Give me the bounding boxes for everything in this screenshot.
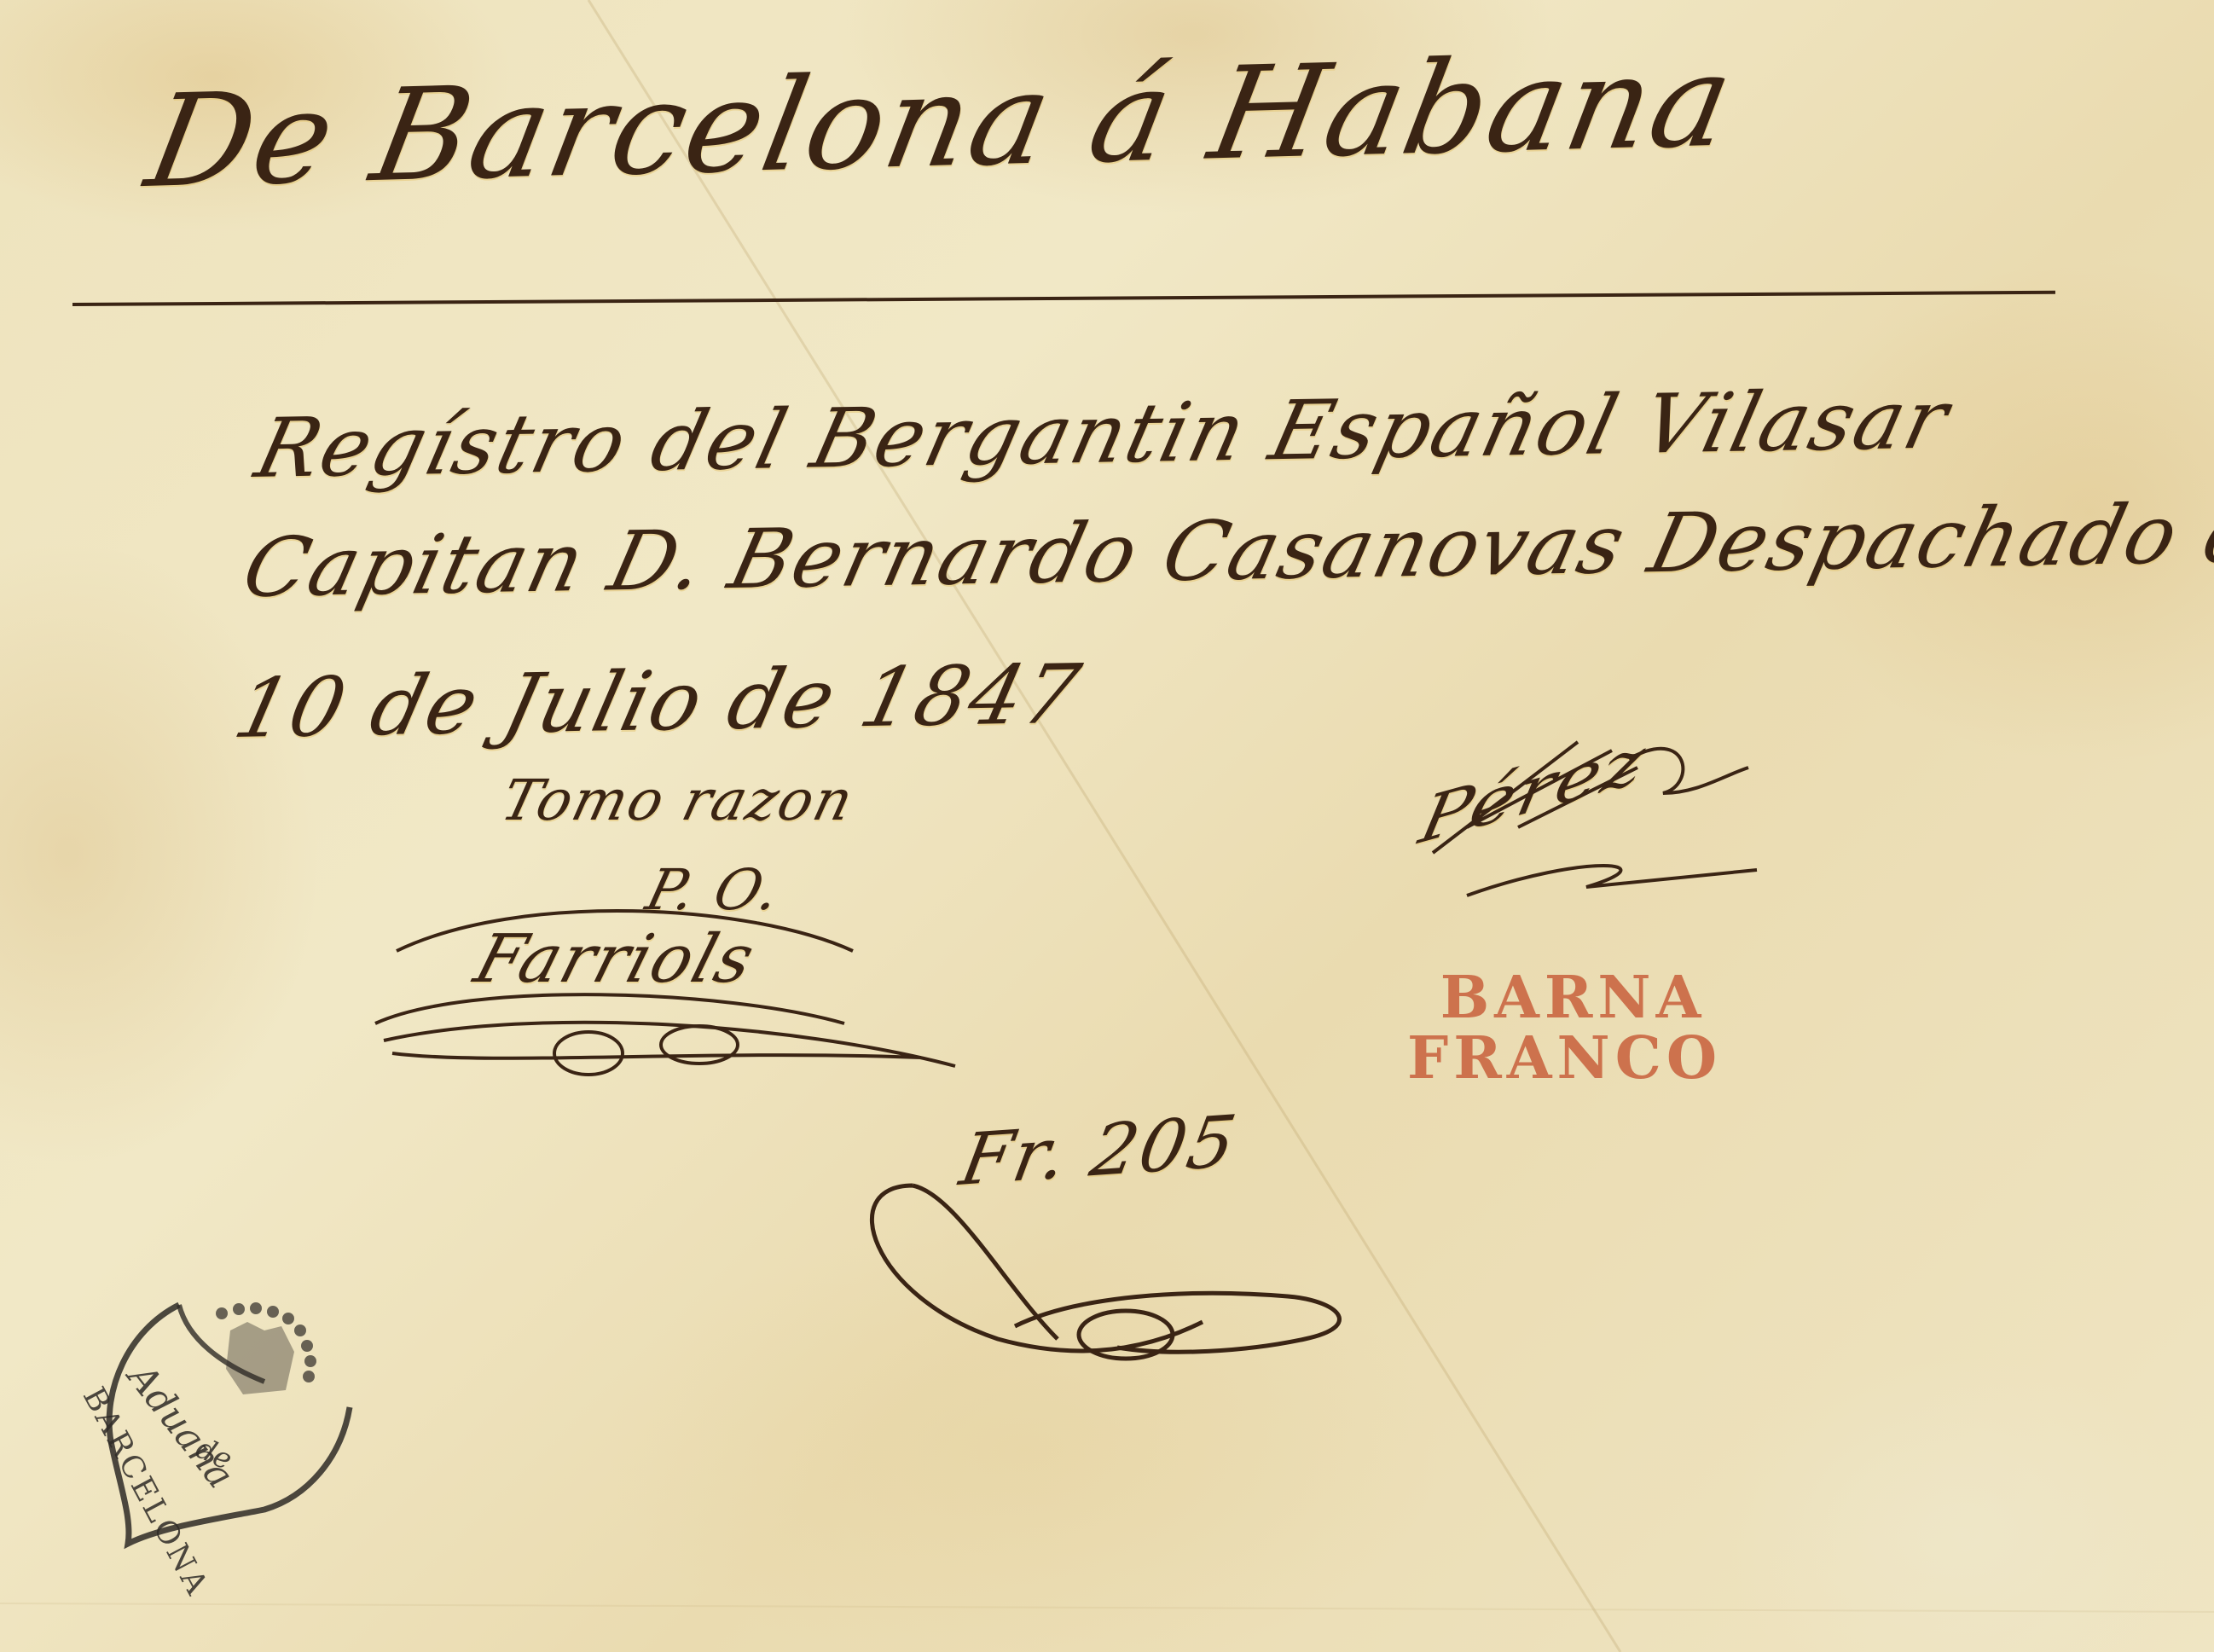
crown-shield-icon (94, 1288, 367, 1561)
heading-rule (72, 291, 2055, 306)
postmark-line-1: BARNA (1407, 968, 1722, 1029)
body-line-2: Capitan D. Bernardo Casanovas Despachado… (235, 484, 2214, 616)
signature-farriols: Farriols (467, 921, 764, 998)
annotation-tomo-razon: Tomo razon (495, 768, 861, 833)
amount-flourish (861, 1168, 1390, 1365)
postal-cover: De Barcelona á Habana Regístro del Berga… (0, 0, 2214, 1652)
heading-route: De Barcelona á Habana (136, 27, 1745, 217)
postmark-line-2: FRANCO (1407, 1029, 1722, 1089)
signature-right: Pérez (1413, 722, 1653, 859)
body-line-1: Regístro del Bergantin Español Vilasar (247, 372, 1958, 496)
barna-franco-postmark: BARNA FRANCO (1407, 968, 1722, 1090)
annotation-po: P. O. (640, 857, 787, 923)
body-line-3: 10 de Julio de 1847 (226, 646, 1090, 756)
amount-notation: Fr. 205 (954, 1099, 1243, 1202)
aduana-barcelona-handstamp: Aduana de BARCELONA (94, 1288, 367, 1561)
